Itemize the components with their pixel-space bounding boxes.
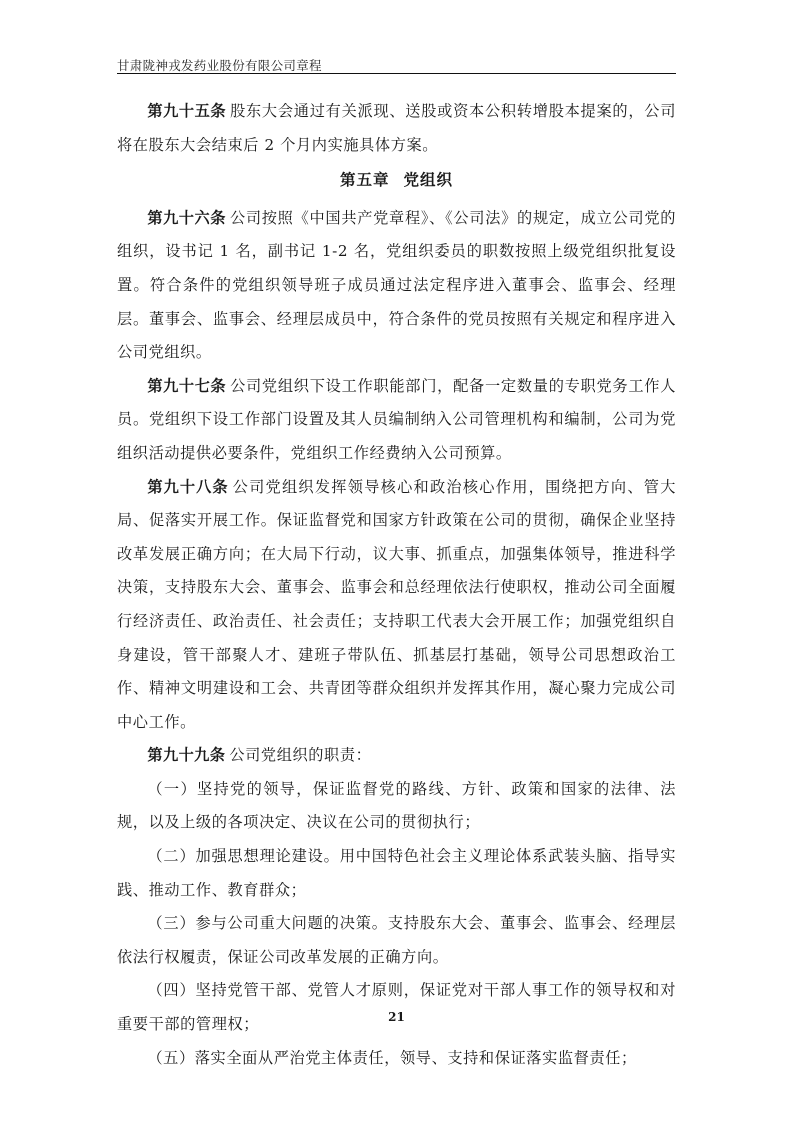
document-body: 第九十五条股东大会通过有关派现、送股或资本公积转增股本提案的，公司将在股东大会结… [117, 95, 676, 1075]
article-95: 第九十五条股东大会通过有关派现、送股或资本公积转增股本提案的，公司将在股东大会结… [117, 95, 676, 162]
article-text: 公司党组织的职责： [229, 746, 371, 764]
duty-item: （四）坚持党管干部、党管人才原则，保证党对干部人事工作的领导权和对重要干部的管理… [117, 974, 676, 1041]
article-99: 第九十九条公司党组织的职责： [117, 739, 676, 773]
page-header: 甘肃陇神戎发药业股份有限公司章程 [117, 55, 676, 74]
duty-item: （五）落实全面从严治党主体责任，领导、支持和保证落实监督责任； [117, 1042, 676, 1076]
article-label: 第九十九条 [147, 746, 225, 764]
article-label: 第九十七条 [147, 377, 226, 395]
article-label: 第九十五条 [147, 102, 226, 120]
duty-item: （一）坚持党的领导，保证监督党的路线、方针、政策和国家的法律、法规，以及上级的各… [117, 773, 676, 840]
article-label: 第九十六条 [147, 209, 226, 227]
chapter-title: 党组织 [404, 171, 454, 189]
document-page: 甘肃陇神戎发药业股份有限公司章程 第九十五条股东大会通过有关派现、送股或资本公积… [0, 0, 793, 1122]
article-text: 公司按照《中国共产党章程》、《公司法》的规定，成立公司党的组织，设书记 1 名，… [117, 209, 676, 361]
article-97: 第九十七条公司党组织下设工作职能部门，配备一定数量的专职党务工作人员。党组织下设… [117, 370, 676, 471]
chapter-heading: 第五章党组织 [117, 164, 676, 198]
header-title: 甘肃陇神戎发药业股份有限公司章程 [117, 58, 322, 73]
article-label: 第九十八条 [147, 478, 228, 496]
chapter-number: 第五章 [340, 171, 390, 189]
article-96: 第九十六条公司按照《中国共产党章程》、《公司法》的规定，成立公司党的组织，设书记… [117, 202, 676, 370]
page-number: 21 [0, 1010, 793, 1024]
duty-item: （三）参与公司重大问题的决策。支持股东大会、董事会、监事会、经理层依法行权履责，… [117, 907, 676, 974]
article-text: 公司党组织发挥领导核心和政治核心作用，围绕把方向、管大局、促落实开展工作。保证监… [117, 478, 676, 731]
duty-item: （二）加强思想理论建设。用中国特色社会主义理论体系武装头脑、指导实践、推动工作、… [117, 840, 676, 907]
article-98: 第九十八条公司党组织发挥领导核心和政治核心作用，围绕把方向、管大局、促落实开展工… [117, 471, 676, 740]
